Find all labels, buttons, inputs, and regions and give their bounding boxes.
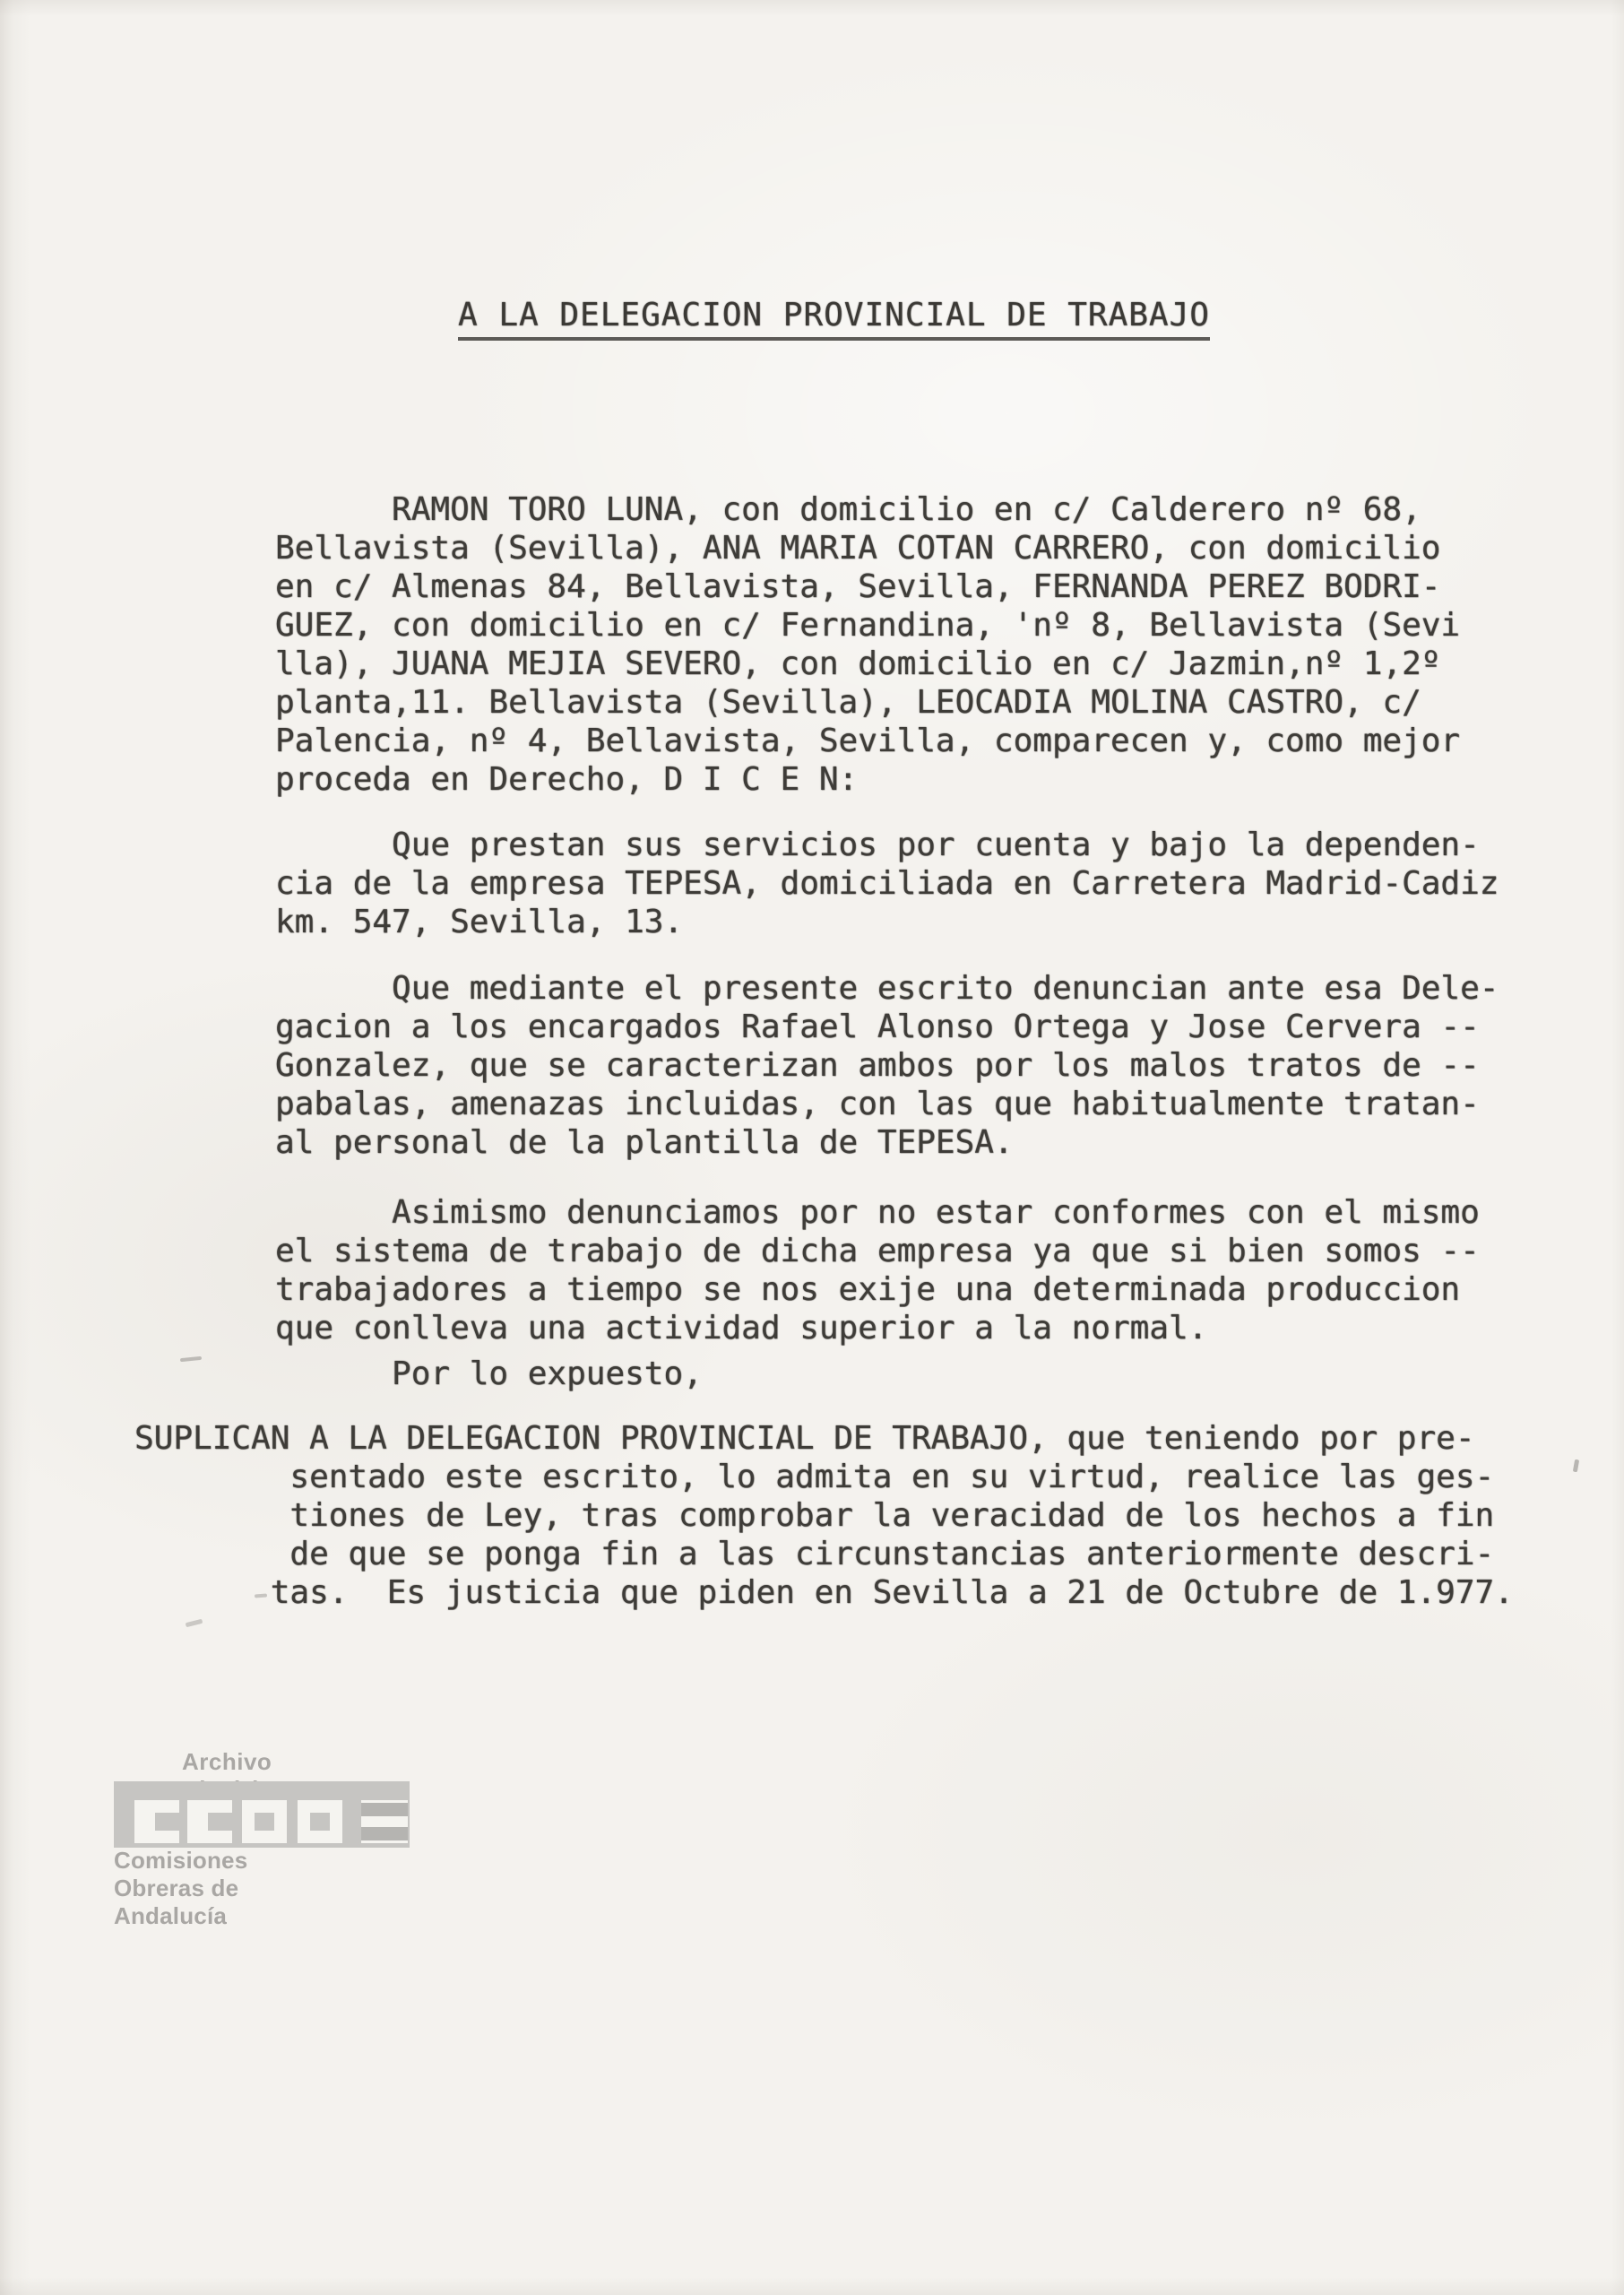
ccoo-letter-o-icon: [298, 1800, 342, 1843]
paragraph-por-lo-expuesto: Por lo expuesto,: [275, 1355, 703, 1393]
document-title-wrap: A LA DELEGACION PROVINCIAL DE TRABAJO: [458, 297, 1210, 341]
paragraph-petition: SUPLICAN A LA DELEGACION PROVINCIAL DE T…: [134, 1419, 1514, 1612]
paragraph-complaint-foremen: Que mediante el presente escrito denunci…: [275, 969, 1499, 1162]
ccoo-letter-c-icon: [134, 1800, 179, 1843]
andalusia-flag-icon: [361, 1800, 408, 1843]
document-page: A LA DELEGACION PROVINCIAL DE TRABAJO RA…: [0, 0, 1624, 2295]
paragraph-complaint-worksystem: Asimismo denunciamos por no estar confor…: [275, 1193, 1480, 1347]
ccoo-letter-o-icon: [242, 1800, 287, 1843]
paragraph-employer: Que prestan sus servicios por cuenta y b…: [275, 826, 1499, 941]
ccoo-logo: [114, 1781, 410, 1848]
ccoo-letter-c-icon: [187, 1800, 232, 1843]
scan-smudge: [186, 1619, 203, 1627]
scan-smudge: [180, 1356, 202, 1362]
paragraph-claimants: RAMON TORO LUNA, con domicilio en c/ Cal…: [275, 490, 1460, 799]
document-title: A LA DELEGACION PROVINCIAL DE TRABAJO: [458, 297, 1210, 341]
scan-smudge: [1573, 1459, 1579, 1473]
org-name-label: Comisiones Obreras de Andalucía: [114, 1847, 247, 1930]
